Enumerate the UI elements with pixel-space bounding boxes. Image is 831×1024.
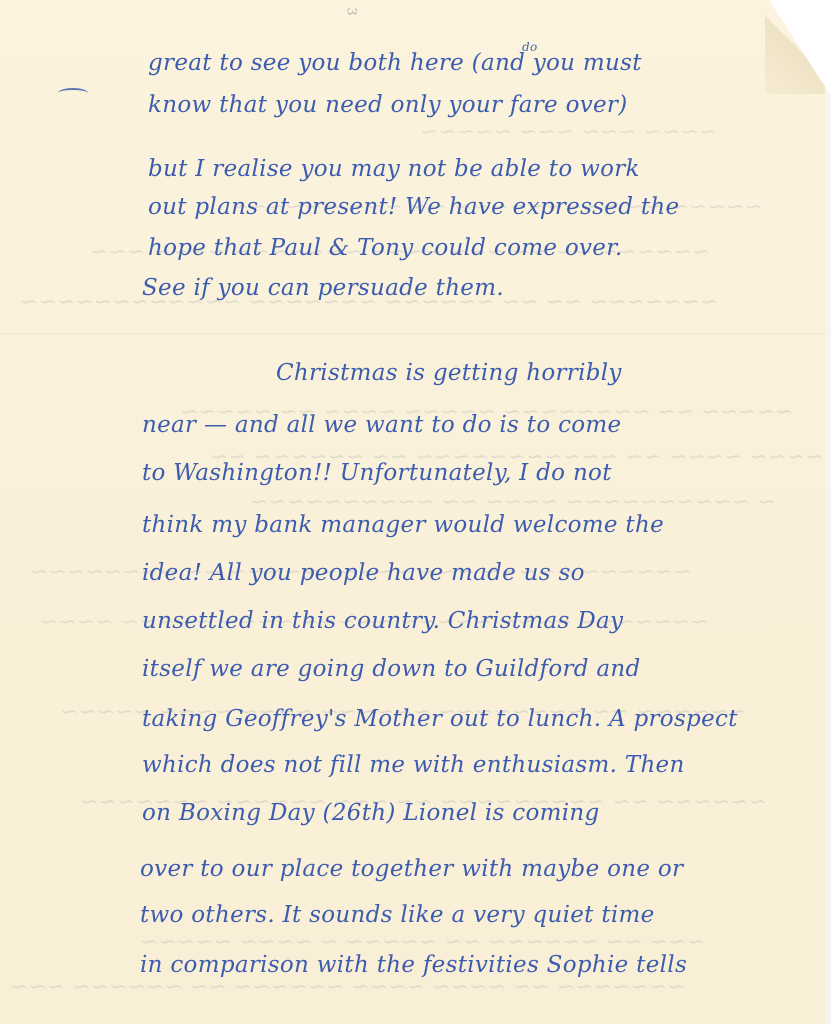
letter-line-19: in comparison with the festivities Sophi… bbox=[140, 952, 687, 978]
line-text: idea! All you people have made us so bbox=[142, 560, 585, 586]
letter-line-6: See if you can persuade them. bbox=[142, 275, 504, 301]
letter-page: 3 ~~~~ ~~~ ~~~ ~~~~~ ~~~~~ ~~ ~~~~~~~~~ … bbox=[0, 0, 831, 1024]
bleed-through-text: ~~~~ ~~~ ~~~ ~~~~~ bbox=[420, 120, 717, 145]
letter-line-16: on Boxing Day (26th) Lionel is coming bbox=[142, 800, 600, 826]
letter-line-1: great to see you both here (and you must bbox=[148, 50, 642, 76]
letter-line-4: out plans at present! We have expressed … bbox=[148, 194, 679, 220]
line-text: Christmas is getting horribly bbox=[276, 360, 622, 386]
line-text: but I realise you may not be able to wor… bbox=[148, 156, 640, 182]
line-text: out plans at present! We have expressed … bbox=[148, 194, 679, 220]
line-text: near — and all we want to do is to come bbox=[142, 412, 621, 438]
line-text: in comparison with the festivities Sophi… bbox=[140, 952, 687, 978]
line-text: over to our place together with maybe on… bbox=[140, 856, 683, 882]
line-text: itself we are going down to Guildford an… bbox=[142, 656, 641, 682]
folded-corner bbox=[769, 0, 831, 96]
line-text: great to see you both here (and you must bbox=[148, 50, 642, 76]
letter-line-3: but I realise you may not be able to wor… bbox=[148, 156, 640, 182]
letter-line-14: taking Geoffrey's Mother out to lunch. A… bbox=[142, 706, 738, 732]
letter-line-15: which does not fill me with enthusiasm. … bbox=[142, 752, 685, 778]
line-text: know that you need only your fare over) bbox=[148, 92, 628, 118]
line-text: think my bank manager would welcome the bbox=[142, 512, 664, 538]
letter-line-10: think my bank manager would welcome the bbox=[142, 512, 664, 538]
letter-line-7: Christmas is getting horribly bbox=[276, 360, 622, 386]
line-text: unsettled in this country. Christmas Day bbox=[142, 608, 623, 634]
paper-fold-line bbox=[0, 333, 825, 335]
line-text: two others. It sounds like a very quiet … bbox=[140, 902, 655, 928]
line-text: to Washington!! Unfortunately, I do not bbox=[142, 460, 612, 486]
line-text: See if you can persuade them. bbox=[142, 275, 504, 301]
page-number: 3 bbox=[344, 7, 359, 15]
letter-line-2: know that you need only your fare over) bbox=[148, 92, 628, 118]
margin-tilde-mark bbox=[58, 88, 88, 98]
line-text: which does not fill me with enthusiasm. … bbox=[142, 752, 685, 778]
line-text: taking Geoffrey's Mother out to lunch. A… bbox=[142, 706, 738, 732]
letter-line-11: idea! All you people have made us so bbox=[142, 560, 585, 586]
insertion-mark: do bbox=[522, 40, 538, 54]
letter-line-12: unsettled in this country. Christmas Day bbox=[142, 608, 623, 634]
letter-line-5: hope that Paul & Tony could come over. bbox=[148, 235, 623, 261]
letter-line-8: near — and all we want to do is to come bbox=[142, 412, 621, 438]
letter-line-9: to Washington!! Unfortunately, I do not bbox=[142, 460, 612, 486]
letter-line-18: two others. It sounds like a very quiet … bbox=[140, 902, 655, 928]
letter-line-17: over to our place together with maybe on… bbox=[140, 856, 683, 882]
line-text: on Boxing Day (26th) Lionel is coming bbox=[142, 800, 600, 826]
line-text: hope that Paul & Tony could come over. bbox=[148, 235, 623, 261]
bleed-through-text: ~~~~~~~ ~~ ~~~~ ~~~~ ~~~~~~ ~~ ~~~~~~ ~~… bbox=[10, 975, 686, 1000]
letter-line-13: itself we are going down to Guildford an… bbox=[142, 656, 641, 682]
scan-background-edge bbox=[825, 0, 831, 1024]
